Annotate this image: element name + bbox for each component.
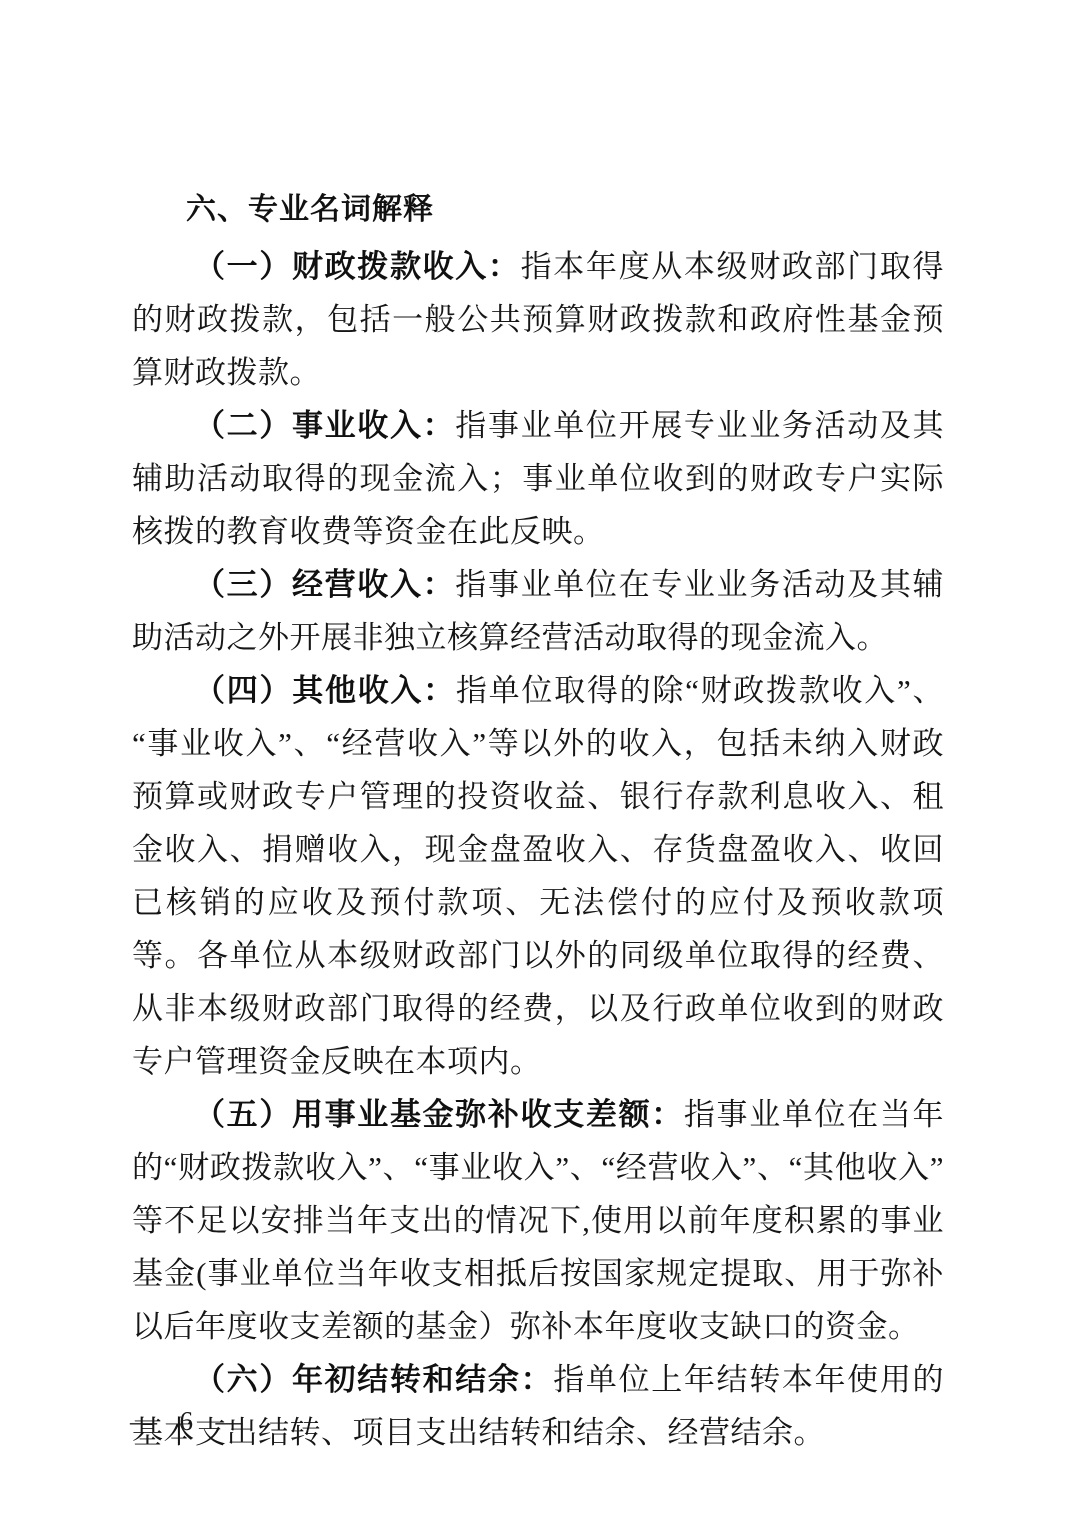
definition-paragraph: （二）事业收入：指事业单位开展专业业务活动及其辅助活动取得的现金流入；事业单位收… [132,399,944,558]
section-heading: 六、专业名词解释 [132,186,944,234]
term-label: （一）财政拨款收入： [194,249,521,284]
definition-paragraph: （一）财政拨款收入：指本年度从本级财政部门取得的财政拨款，包括一般公共预算财政拨… [132,240,944,399]
term-label: （四）其他收入： [194,673,456,708]
definition-paragraph: （四）其他收入：指单位取得的除“财政拨款收入”、“事业收入”、“经营收入”等以外… [132,664,944,1088]
document-page: 六、专业名词解释 （一）财政拨款收入：指本年度从本级财政部门取得的财政拨款，包括… [0,0,1075,1520]
term-label: （五）用事业基金弥补收支差额： [194,1097,684,1132]
document-body: 六、专业名词解释 （一）财政拨款收入：指本年度从本级财政部门取得的财政拨款，包括… [132,186,944,1459]
page-number: — 6 — [130,1406,246,1437]
term-definition: 指单位取得的除“财政拨款收入”、“事业收入”、“经营收入”等以外的收入，包括未纳… [132,673,944,1079]
definition-paragraph: （五）用事业基金弥补收支差额：指事业单位在当年的“财政拨款收入”、“事业收入”、… [132,1088,944,1353]
term-label: （六）年初结转和结余： [194,1362,553,1397]
definition-paragraph: （三）经营收入：指事业单位在专业业务活动及其辅助活动之外开展非独立核算经营活动取… [132,558,944,664]
term-definition: 指事业单位在当年的“财政拨款收入”、“事业收入”、“经营收入”、“其他收入”等不… [132,1097,944,1344]
term-label: （三）经营收入： [194,567,455,602]
term-label: （二）事业收入： [194,408,455,443]
definition-paragraph: （六）年初结转和结余：指单位上年结转本年使用的基本支出结转、项目支出结转和结余、… [132,1353,944,1459]
